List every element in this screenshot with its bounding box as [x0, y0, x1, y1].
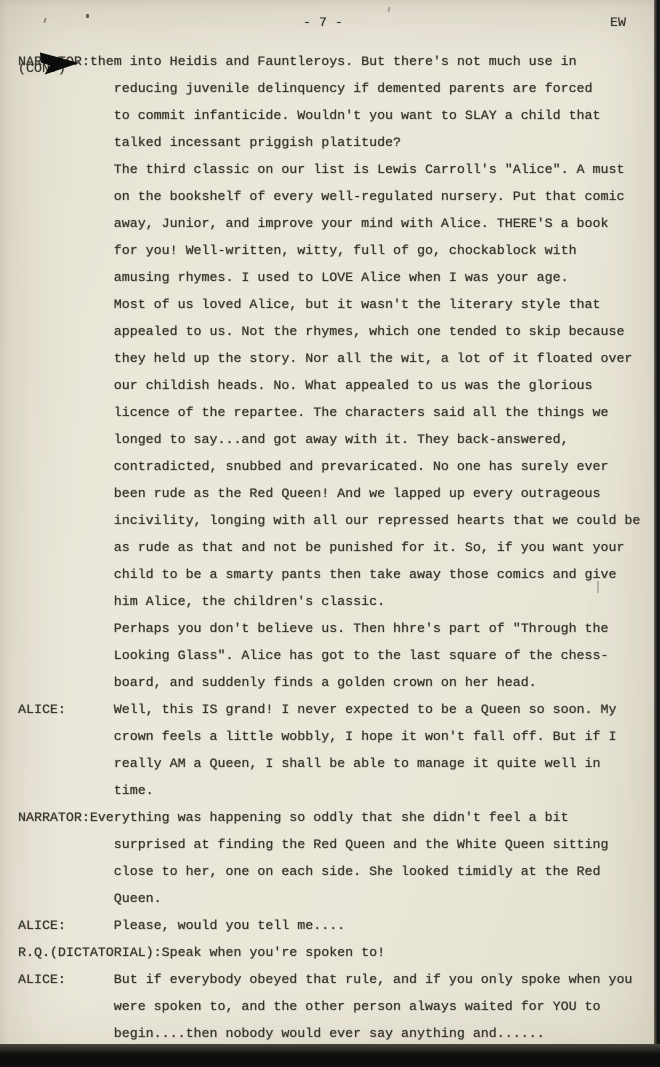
page-number: - 7 -	[303, 15, 343, 30]
dialogue-entry-red-queen: R.Q.(DICTATORIAL):Speak when you're spok…	[18, 939, 652, 966]
dialogue-entry-narrator-2: NARRATOR:Everything was happening so odd…	[18, 804, 652, 912]
header-initials: EW	[610, 15, 626, 30]
scan-edge-bottom	[0, 1044, 660, 1067]
ink-speck	[43, 18, 46, 23]
script-body: NARRATOR:them into Heidis and Fauntleroy…	[18, 48, 652, 1047]
ink-speck	[86, 14, 89, 18]
script-page: - 7 - EW NARRATOR:them into Heidis and F…	[0, 0, 660, 1067]
smudge-mark	[597, 581, 599, 593]
dialogue-entry-alice-2: ALICE: Please, would you tell me....	[18, 912, 652, 939]
dialogue-entry-alice-1: ALICE: Well, this IS grand! I never expe…	[18, 696, 652, 804]
ink-speck	[387, 7, 390, 12]
scan-edge-right	[654, 0, 660, 1067]
dialogue-entry-alice-3: ALICE: But if everybody obeyed that rule…	[18, 966, 652, 1047]
dialogue-entry-narrator-cont: NARRATOR:them into Heidis and Fauntleroy…	[18, 48, 652, 696]
